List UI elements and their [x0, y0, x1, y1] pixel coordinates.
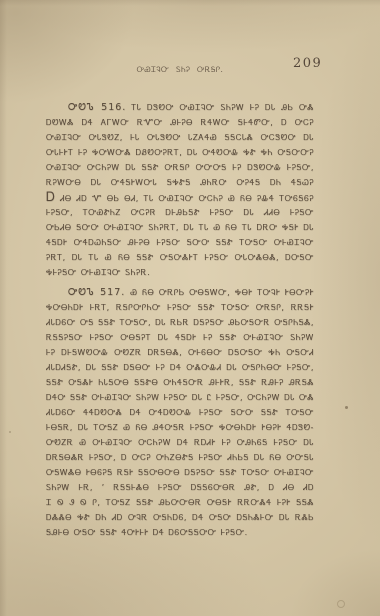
text-line: ᏎᎦᎠᎨ ᏅᏎᎠᏇᏂᎦᏅ ᎯᎰᎮᎾ ᎰᎮᎦᏅ ᎦᏅᎤ ᎦᎦᏑ ᎢᎤᎦᏅ ᎤᎰᏯᏆ… [46, 235, 314, 250]
section-517: ᎤᏬᏖ 517.Ꮿ ᏲᎾ ᎤᎡᎵᏏ ᎤᎾᎦᎳᏅ, ᎭᎾᎨ ᎢᎤᎸᎨ ᎨᎾᏅᎮᎨᎭ… [46, 285, 314, 540]
text-line: ᎠᏎᎤ ᎦᎦᏑ ᎤᎰᏯᏆᎸᏅ ᏚᏂᎮᎳ ᎰᎮᎦᏅ ᎠᏓ Ꮭ ᎰᎮᎦᏅ, ᎤᏟᏂᎮ… [46, 390, 314, 405]
text-line: ᎠᎡᎦᎾᏜᎡ ᎰᎮᎦᏅ, Ꭰ ᎤᏟᎮ ᎤᏂᏃᎾᏑᎦ ᎰᎮᎦᏅ ᏗᏂᏏᎦ ᎠᏓ Ᏺ… [46, 450, 314, 465]
text-line: ᏗᏓᎠᏮᏅ ᎤᎦ ᎦᎦᏑ ᎢᎤᎦᏅ, ᎠᏓ ᎡᏏᎡ ᎠᎦᎮᎦᏅ ᎯᏏᎤᎦᏅᎡ Ꭴ… [46, 315, 314, 330]
text-line: ᏗᏓᎠᏗᎦᏑ, ᎠᏓ ᎦᎦᏑ ᎠᎦᎾᏅ ᎰᎮ ᎠᏎ ᎤᏜᎤᎲᏗ ᎠᏓ ᎤᎦᎵᏂᎾ… [46, 360, 314, 375]
text-line: ᎠᏜᏜᎾ ᎭᏑ ᎠᏂ ᏗᎠ ᎤᎸᎡ ᎤᎦᏂᎠᏮ, ᎠᏎ ᎤᎦᎤ ᎠᎦᏂᏜᎰᏅ Ꭰ… [46, 510, 314, 525]
text-line: ᎭᎤᎾᏂᎠᎨ ᎰᎡᎢ, ᎡᎦᎵᎤᎵᏂᏅ ᎰᎮᎦᏅ ᎦᎦᏑ ᎢᎤᎦᏅ ᎤᎡᎦᎵ, … [46, 300, 314, 315]
paper-speck [345, 406, 348, 409]
text-block: ᎤᏬᏖ 516.ᎢᏓ ᎠᏕᏬᎤ ᎤᏯᏆᎸᏅ ᏚᏂᎮᎳ ᎰᎮ ᎠᏓ ᎯᏏ ᎤᏜᎠᏬ… [46, 100, 314, 540]
book-page: ᎤᏯᏆᎸᏅ ᏚᏂᎮ ᎤᎡᎦᎵ. 209 ᎤᏬᏖ 516.ᎢᏓ ᎠᏕᏬᎤ ᎤᏯᏆᎸ… [0, 0, 380, 616]
text-line: Ꮖ Ꮻ Ꮽ Ꮻ Ꮅ, ᎢᎤᎦᏃ ᎦᎦᏑ ᎯᏏᎤᏅᎾᎡ ᎤᎾᎦᎨ ᎡᎡᏅᏜᏎ ᎰᎮ… [46, 495, 314, 510]
section-516: ᎤᏬᏖ 516.ᎢᏓ ᎠᏕᏬᎤ ᎤᏯᏆᎸᏅ ᏚᏂᎮᎳ ᎰᎮ ᎠᏓ ᎯᏏ ᎤᏜᎠᏬ… [46, 100, 314, 280]
text-line: ᎤᏬᏖ 517.Ꮿ ᏲᎾ ᎤᎡᎵᏏ ᎤᎾᎦᎳᏅ, ᎭᎾᎨ ᎢᎤᎸᎨ ᎨᎾᏅᎮᎨ [46, 285, 314, 300]
section-number-label: ᎤᏬᏖ 516. [68, 102, 126, 113]
text-line: ᎡᎮᎳᏅᎾ ᎠᏓ ᏅᏎᎦᎨᎳᏅᏓ ᎦᎭᏑᎦ ᎯᏂᎡᎤ ᎤᎮᏎᎦ ᎠᏂ ᏎᎦᏇᎮ … [46, 175, 314, 190]
text-line: ᎦᎯᎰᎾ ᎤᎦᎤ ᎦᎦᏑ ᏎᎤᎨᎰᎨ ᎠᏎ ᎠᏮᎤᎦᎦᎤᏅ ᎰᎮᎦᏅ. [46, 525, 314, 540]
text-line: ᎦᎦᏑ ᎤᎦᏜᎨ ᏂᏓᎦᎤᎾ ᎦᎦᏑᎾ ᎤᏂᏎᎦᏅᎡ ᎯᎰᎨᎡ, ᎦᎦᏑ ᎡᎯᎰ… [46, 375, 314, 390]
text-line: ᏚᏂᎮᎳ ᎰᎡ, ’ ᎡᎦᎦᎰᏜᎾ ᎰᎮᎦᏅ ᎠᎦᎦᏮᏅᎾᎡ ᎯᏑ, Ꭰ ᏗᎾ … [46, 480, 314, 495]
text-line: ᎰᎮ ᎠᎰᎦᎳᏬᎤᎲ ᎤᏬᏃᎡ ᎠᎡᎦᎾᏜ, ᎤᎰᏮᎾᏅ ᎠᎦᎤᎦᏅ ᎭᏂ ᎤᎦ… [46, 345, 314, 360]
text-line: ᎰᎾᎦᎡ, ᎠᏓ ᎢᎤᎦᏃ Ꮿ ᏲᎾ ᎯᏎᎤᎦᎡ ᎰᎮᎦᏅ ᎭᎤᎾᏂᎠᎨ ᎨᎾᎮ… [46, 420, 314, 435]
paper-speck [337, 600, 345, 608]
text-line: ᎤᏯᏆᎸᏅ ᎤᏓᏕᏬᏃ, ᎰᏓ ᎤᏓᏕᏬᎤ ᏓᏃᎪᏎᏯ ᎦᎦᏟᏓᏜ ᎤᏟᏕᏬᎤ … [46, 130, 314, 145]
page-number: 209 [293, 56, 322, 71]
text-line: ᎭᎰᎮᎦᏅ ᎤᎰᏯᏆᎸᏅ ᏚᏂᎮᎡ. [46, 265, 314, 280]
text-line: Ꭰ ᏗᎾ ᏗᎠ Ꮙ ᎾᏏ ᎾᏗ, ᎢᏓ ᎤᏯᏆᎸᏅ ᎤᏟᏂᎮ Ꮿ ᏲᎾ ᎮᎲᏎ … [46, 190, 314, 205]
text-line: ᎤᏓᎰᎨᎢ ᎰᎮ ᎭᎤᎳᏅᏜ ᎠᏰᏬᎤᎮᎡᎢ, ᎠᏓ ᎤᏎᏬᎤᎲ ᎭᏑ ᎭᏂ Ꭴ… [46, 145, 314, 160]
text-line: ᎤᎦᎳᏜᎾ ᎨᎾᏮᎮᎦ ᎡᎦᎨ ᎦᎦᎤᎾᏅᎾ ᎠᎦᎮᎦᏅ ᎦᎦᏑ ᎢᎤᎦᏅ ᎤᎰ… [46, 465, 314, 480]
text-line: ᏗᏓᎠᏮᏅ ᏎᏎᎠᏬᎤᏜ ᎠᏎ ᏅᏎᎠᏬᎤᎲ ᎰᎮᎦᏅ ᎦᏅᎤ ᎦᎦᏑ ᎢᎤᎦᏅ… [46, 405, 314, 420]
section-number-label: ᎤᏬᏖ 517. [68, 287, 125, 298]
text-line: ᎤᏯᏆᎸᏅ ᎤᏟᏂᎮᎳ ᎠᏓ ᎦᎦᏑ ᎤᎡᎦᎵ ᎤᏅᎤᎦ ᎰᎮ ᎠᏕᏬᎤᎲ ᎰᎮ… [46, 160, 314, 175]
text-line: ᎤᏏᏗᎾ ᎦᏅᎤ ᎤᎰᏯᏆᎸᏅ ᏚᏂᎮᎡᎢ, ᎠᏓ ᎢᏓ Ꮿ ᏲᎾ ᎢᏓ ᎠᎡᎤ… [46, 220, 314, 235]
running-header: ᎤᏯᏆᎸᏅ ᏚᏂᎮ ᎤᎡᎦᎵ. [46, 65, 314, 75]
paper-speck [9, 431, 11, 433]
text-line: ᎮᎡᎢ, ᎠᏓ ᎢᏓ Ꮿ ᏲᎾ ᎦᎦᏑ ᎤᎦᎤᏜᎨᎢ ᎰᎮᎦᏅ ᎤᏓᎤᏜᎾᏜ, … [46, 250, 314, 265]
text-line: ᎤᏬᏃᎡ Ꮿ ᎤᎰᏯᏆᎸᏅ ᎤᏟᏂᎮᎳ ᎠᏎ ᎡᎠᏗᎨ ᎰᎮ ᎤᎯᏂᏮᎦ ᎰᎮᎦ… [46, 435, 314, 450]
text-line: ᎡᎦᎦᎮᎦᏅ ᎰᎮᎦᏅ ᎤᎾᎦᎮᎢ ᎠᏓ ᏎᎦᎠᎨ ᎰᎮ ᎦᎦᏑ ᎤᎰᏯᏆᎸᏅ … [46, 330, 314, 345]
text-line: ᎰᎮᎦᏅ, ᎢᎤᏯᏑᏂᏃ ᎤᏟᎮᏒ ᎠᎰᎯᏏᎦᏑ ᎰᎮᎦᏅ ᎠᏓ ᏗᏗᎾ ᎰᎮᎦ… [46, 205, 314, 220]
text-line: ᎠᏬᎳᏜ ᎠᏎ ᎪᎱᎳᏅ ᎡᏉᏅ ᎯᎰᎮᎾ ᎡᏎᎳᏅ ᎦᎰᏎᏛᏅ, Ꭰ ᎤᏟᎮ … [46, 115, 314, 130]
text-line: ᎤᏬᏖ 516.ᎢᏓ ᎠᏕᏬᎤ ᎤᏯᏆᎸᏅ ᏚᏂᎮᎳ ᎰᎮ ᎠᏓ ᎯᏏ ᎤᏜ [46, 100, 314, 115]
